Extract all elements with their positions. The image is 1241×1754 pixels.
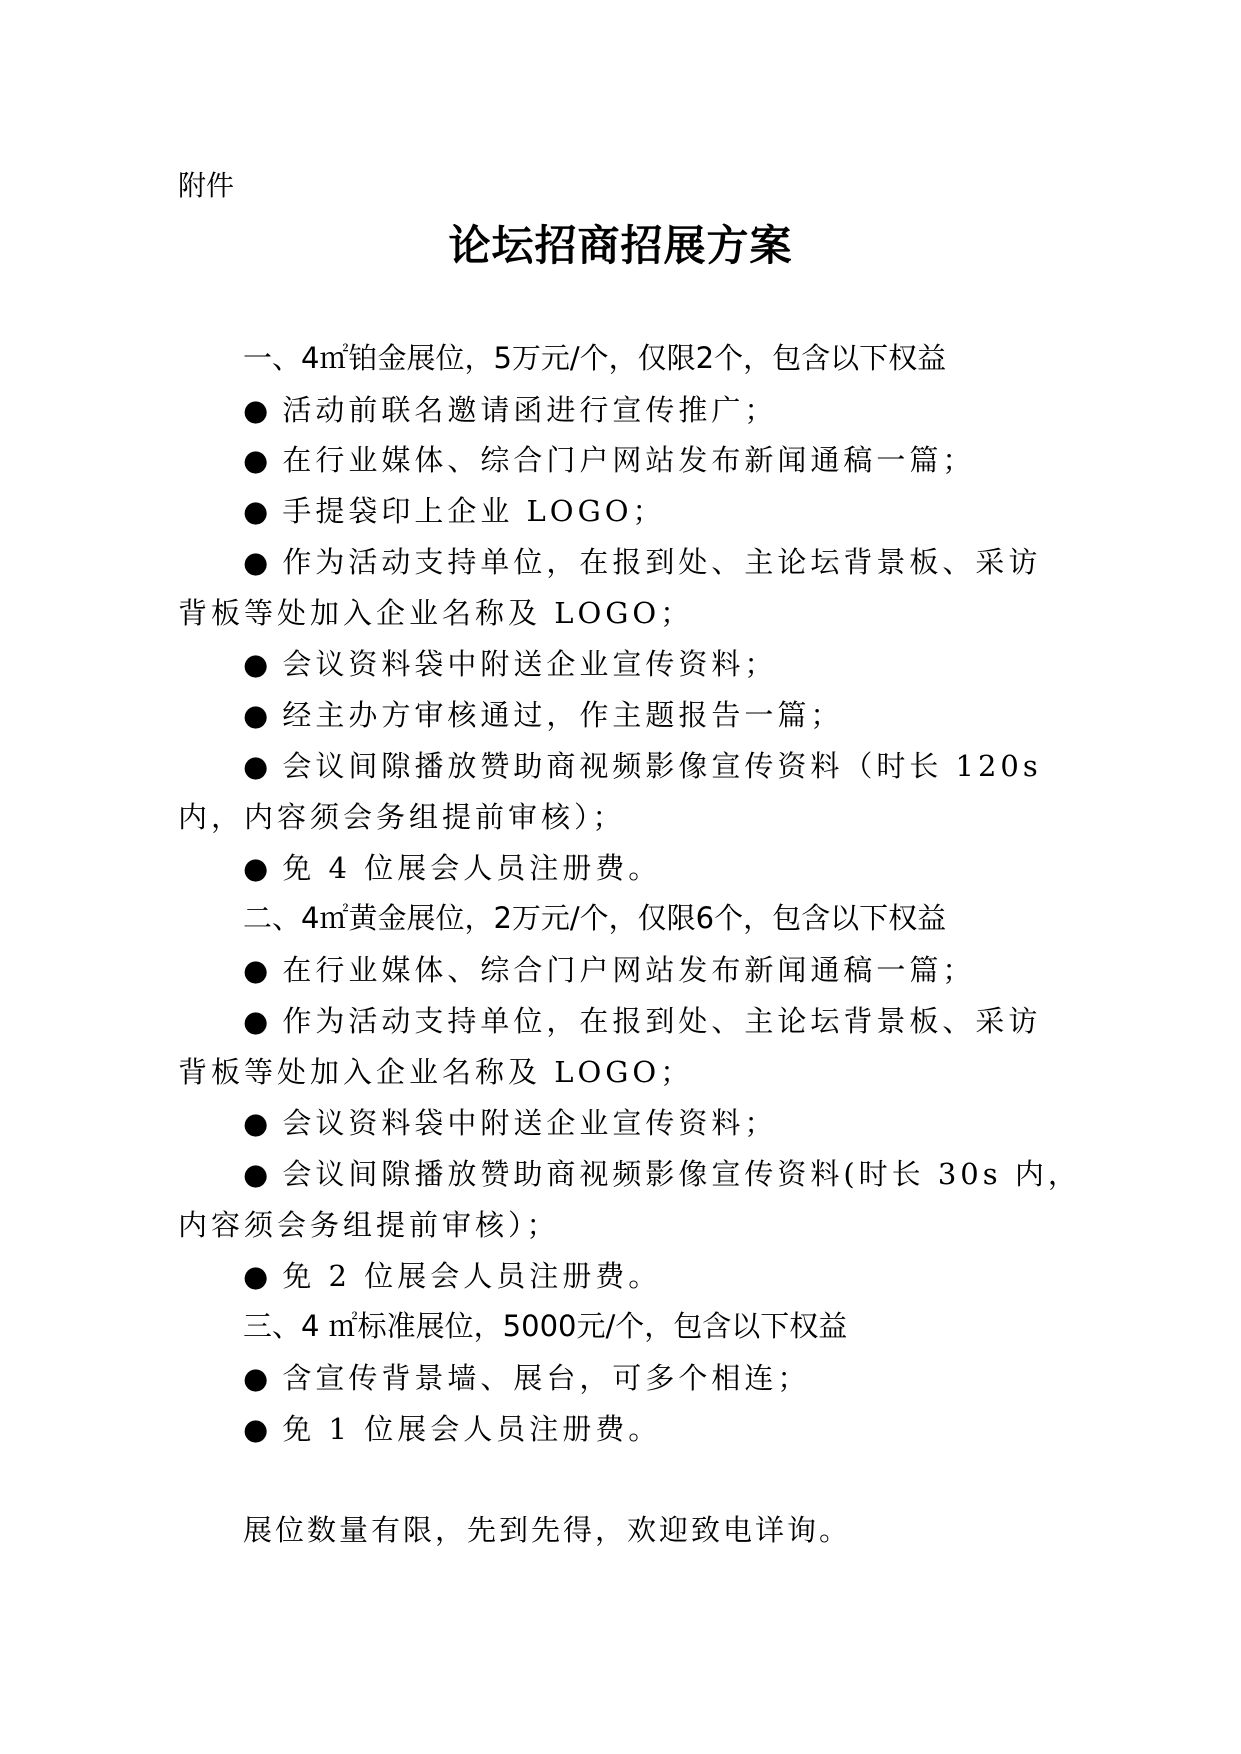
list-item: ●含宣传背景墙、展台，可多个相连； [243,1358,1131,1398]
list-item: ●会议间隙播放赞助商视频影像宣传资料(时长 30s 内， [243,1154,1131,1194]
bullet-icon: ● [243,1409,268,1449]
list-item-continuation: 内容须会务组提前审核）； [178,1205,1066,1245]
list-item-text: 免 1 位展会人员注册费。 [282,1412,661,1446]
bullet-icon: ● [243,848,268,888]
list-item: ●在行业媒体、综合门户网站发布新闻通稿一篇； [243,440,1131,480]
list-item: ●手提袋印上企业 LOGO； [243,491,1131,531]
bullet-icon: ● [243,491,268,531]
bullet-icon: ● [243,1358,268,1398]
bullet-icon: ● [243,1103,268,1143]
bullet-icon: ● [243,390,268,430]
list-item: ●免 1 位展会人员注册费。 [243,1409,1131,1449]
list-item: ●会议间隙播放赞助商视频影像宣传资料（时长 120s [243,746,1131,786]
bullet-icon: ● [243,1001,268,1041]
document-page: 附件 论坛招商招展方案 一、4㎡铂金展位，5万元/个，仅限2个，包含以下权益 ●… [0,0,1241,1754]
list-item: ●作为活动支持单位，在报到处、主论坛背景板、采访 [243,542,1131,582]
bullet-icon: ● [243,542,268,582]
list-item: ●免 2 位展会人员注册费。 [243,1256,1131,1296]
list-item-text: 免 4 位展会人员注册费。 [282,851,661,885]
list-item-text: 手提袋印上企业 LOGO； [282,494,665,528]
bullet-icon: ● [243,440,268,480]
bullet-icon: ● [243,695,268,735]
list-item-text: 会议资料袋中附送企业宣传资料； [282,647,777,681]
bullet-icon: ● [243,746,268,786]
list-item: ●活动前联名邀请函进行宣传推广； [243,390,1131,430]
list-item-text: 作为活动支持单位，在报到处、主论坛背景板、采访 [282,545,1041,579]
bullet-icon: ● [243,1154,268,1194]
list-item-continuation: 背板等处加入企业名称及 LOGO； [178,1052,1066,1092]
section-heading-platinum: 一、4㎡铂金展位，5万元/个，仅限2个，包含以下权益 [243,338,1131,378]
list-item-text: 会议资料袋中附送企业宣传资料； [282,1106,777,1140]
list-item-text: 经主办方审核通过，作主题报告一篇； [282,698,843,732]
list-item-continuation: 内，内容须会务组提前审核）； [178,797,1066,837]
list-item-text: 在行业媒体、综合门户网站发布新闻通稿一篇； [282,953,975,987]
section-heading-gold: 二、4㎡黄金展位，2万元/个，仅限6个，包含以下权益 [243,898,1131,938]
list-item-text: 含宣传背景墙、展台，可多个相连； [282,1361,810,1395]
bullet-icon: ● [243,1256,268,1296]
list-item-text: 作为活动支持单位，在报到处、主论坛背景板、采访 [282,1004,1041,1038]
list-item-text: 免 2 位展会人员注册费。 [282,1259,661,1293]
list-item-text: 会议间隙播放赞助商视频影像宣传资料（时长 120s [282,749,1041,783]
list-item: ●免 4 位展会人员注册费。 [243,848,1131,888]
list-item: ●会议资料袋中附送企业宣传资料； [243,644,1131,684]
list-item: ●在行业媒体、综合门户网站发布新闻通稿一篇； [243,950,1131,990]
list-item-continuation: 背板等处加入企业名称及 LOGO； [178,593,1066,633]
document-title: 论坛招商招展方案 [0,218,1241,274]
bullet-icon: ● [243,950,268,990]
list-item: ●作为活动支持单位，在报到处、主论坛背景板、采访 [243,1001,1131,1041]
list-item: ●会议资料袋中附送企业宣传资料； [243,1103,1131,1143]
list-item: ●经主办方审核通过，作主题报告一篇； [243,695,1131,735]
list-item-text: 活动前联名邀请函进行宣传推广； [282,393,777,427]
bullet-icon: ● [243,644,268,684]
attachment-label: 附件 [178,166,234,206]
closing-note: 展位数量有限，先到先得，欢迎致电详询。 [243,1510,1131,1550]
list-item-text: 会议间隙播放赞助商视频影像宣传资料(时长 30s 内， [282,1157,1081,1191]
list-item-text: 在行业媒体、综合门户网站发布新闻通稿一篇； [282,443,975,477]
section-heading-standard: 三、4 ㎡标准展位，5000元/个，包含以下权益 [243,1306,1131,1346]
